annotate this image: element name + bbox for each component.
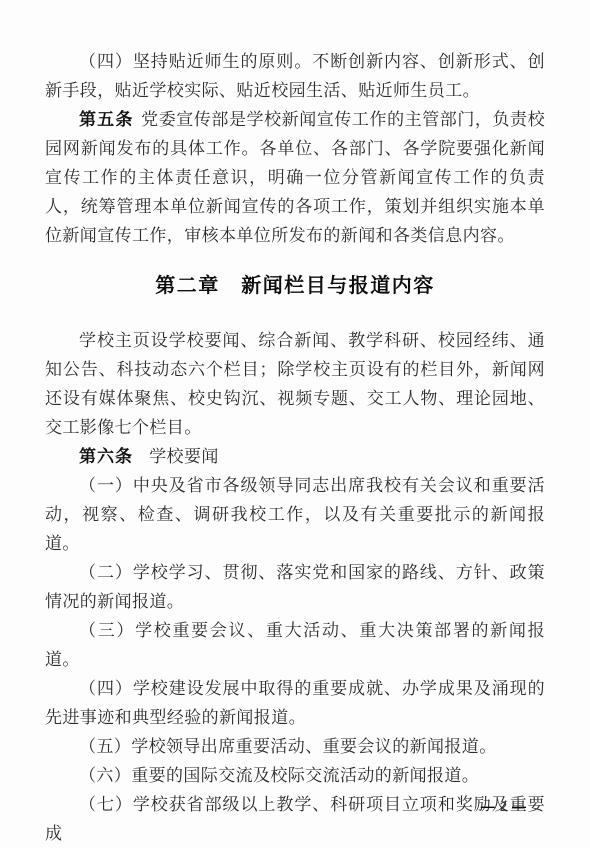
document-page: （四）坚持贴近师生的原则。不断创新内容、创新形式、创新手段，贴近学校实际、贴近校…	[0, 0, 590, 848]
paragraph-article-6: 第六条学校要闻	[45, 442, 545, 471]
news-item-1: （一）中央及省市各级领导同志出席我校有关会议和重要活动，视察、检查、调研我校工作…	[45, 471, 545, 558]
paragraph-principle-4: （四）坚持贴近师生的原则。不断创新内容、创新形式、创新手段，贴近学校实际、贴近校…	[45, 47, 545, 105]
news-item-3: （三）学校重要会议、重大活动、重大决策部署的新闻报道。	[45, 616, 545, 674]
news-item-4: （四）学校建设发展中取得的重要成就、办学成果及涌现的先进事迹和典型经验的新闻报道…	[45, 674, 545, 732]
chapter-2-heading: 第二章 新闻栏目与报道内容	[45, 271, 545, 301]
news-item-5: （五）学校领导出席重要活动、重要会议的新闻报道。	[45, 732, 545, 761]
article-6-title: 学校要闻	[149, 447, 219, 466]
news-item-7: （七）学校获省部级以上教学、科研项目立项和奖励及重要成	[45, 790, 545, 848]
paragraph-article-5: 第五条党委宣传部是学校新闻宣传工作的主管部门，负责校园网新闻发布的具体工作。各单…	[45, 105, 545, 250]
news-item-6: （六）重要的国际交流及校际交流活动的新闻报道。	[45, 761, 545, 790]
article-5-text: 党委宣传部是学校新闻宣传工作的主管部门，负责校园网新闻发布的具体工作。各单位、各…	[45, 110, 545, 245]
page-body: （四）坚持贴近师生的原则。不断创新内容、创新形式、创新手段，贴近学校实际、贴近校…	[45, 47, 545, 848]
footer-dash-left: —	[481, 798, 495, 814]
article-5-number: 第五条	[79, 110, 134, 129]
news-item-2: （二）学校学习、贯彻、落实党和国家的路线、方针、政策情况的新闻报道。	[45, 558, 545, 616]
footer-dash-right: —	[512, 798, 526, 814]
paragraph-columns-intro: 学校主页设学校要闻、综合新闻、教学科研、校园经纬、通知公告、科技动态六个栏目；除…	[45, 326, 545, 442]
page-footer: —2—	[481, 798, 526, 816]
page-number: 2	[500, 799, 507, 815]
article-6-number: 第六条	[79, 447, 133, 466]
